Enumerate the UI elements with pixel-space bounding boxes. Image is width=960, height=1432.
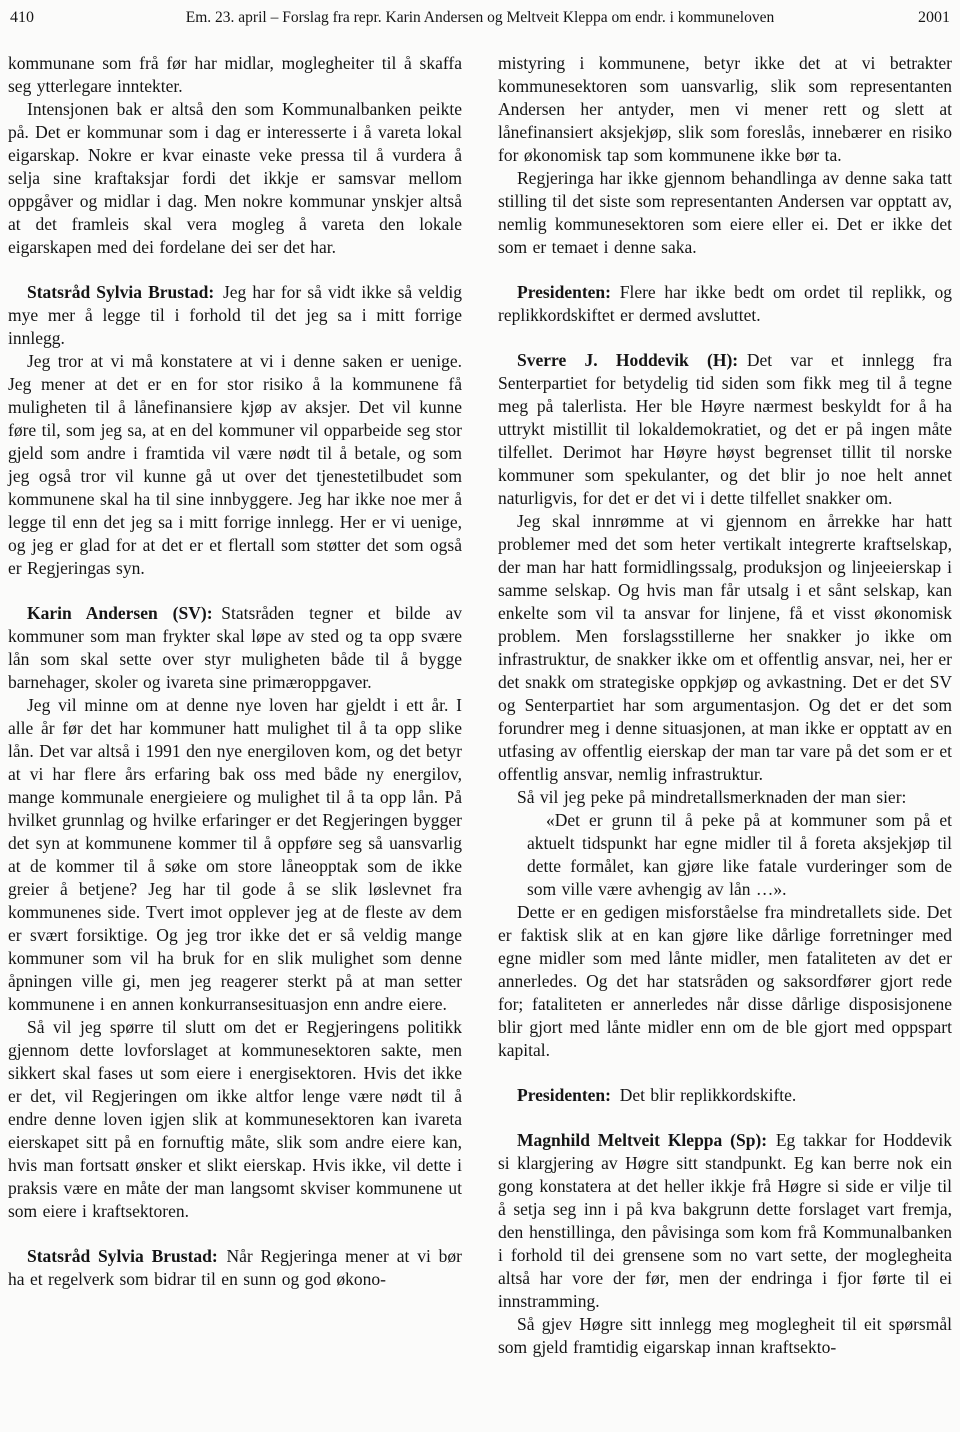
paragraph: Så gjev Høgre sitt innlegg meg mogleghei…	[498, 1313, 952, 1359]
page-header: 410 Em. 23. april – Forslag fra repr. Ka…	[8, 6, 952, 28]
paragraph-text: «Det er grunn til å peke på at kommuner …	[527, 810, 952, 899]
paragraph: Regjeringa har ikke gjennom behandlinga …	[498, 167, 952, 259]
paragraph: Intensjonen bak er altså den som Kommuna…	[8, 98, 462, 259]
speech-paragraph: Presidenten:Det blir replikkordskifte.	[498, 1084, 952, 1107]
speech-paragraph: Karin Andersen (SV):Statsråden tegner et…	[8, 602, 462, 694]
paragraph-text: Det blir replikkordskifte.	[620, 1085, 797, 1105]
speech-paragraph: Sverre J. Hoddevik (H):Det var et innleg…	[498, 349, 952, 510]
paragraph-text: Det var et innlegg fra Senterpartiet for…	[498, 350, 952, 508]
right-column: mistyring i kommunene, betyr ikke det at…	[498, 52, 952, 1359]
paragraph-text: Så vil jeg spørre til slutt om det er Re…	[8, 1017, 462, 1221]
paragraph: Jeg vil minne om at denne nye loven har …	[8, 694, 462, 1016]
speech-paragraph: Presidenten:Flere har ikke bedt om ordet…	[498, 281, 952, 327]
paragraph: Dette er en gedigen misforståelse fra mi…	[498, 901, 952, 1062]
paragraph-text: kommunane som frå før har midlar, mogleg…	[8, 53, 462, 96]
speaker-name: Presidenten:	[517, 1085, 611, 1105]
speaker-name: Magnhild Meltveit Kleppa (Sp):	[517, 1130, 767, 1150]
paragraph-text: Jeg skal innrømme at vi gjennom en årrek…	[498, 511, 952, 784]
speaker-name: Statsråd Sylvia Brustad:	[27, 282, 214, 302]
speaker-name: Presidenten:	[517, 282, 611, 302]
speaker-name: Statsråd Sylvia Brustad:	[27, 1246, 218, 1266]
paragraph: Jeg skal innrømme at vi gjennom en årrek…	[498, 510, 952, 786]
paragraph: Så vil jeg peke på mindretallsmerknaden …	[498, 786, 952, 809]
paragraph-text: Så vil jeg peke på mindretallsmerknaden …	[517, 787, 906, 807]
quote-block: «Det er grunn til å peke på at kommuner …	[527, 809, 952, 901]
paragraph-text: Eg takkar for Hoddevik si klargjering av…	[498, 1130, 952, 1311]
running-title: Em. 23. april – Forslag fra repr. Karin …	[120, 8, 840, 28]
paragraph-text: Dette er en gedigen misforståelse fra mi…	[498, 902, 952, 1060]
paragraph-text: Regjeringa har ikke gjennom behandlinga …	[498, 168, 952, 257]
header-year: 2001	[840, 8, 950, 28]
proceedings-page: 410 Em. 23. april – Forslag fra repr. Ka…	[0, 0, 960, 1432]
speaker-name: Karin Andersen (SV):	[27, 603, 213, 623]
paragraph-text: Så gjev Høgre sitt innlegg meg mogleghei…	[498, 1314, 952, 1357]
page-number: 410	[10, 8, 120, 28]
speech-paragraph: Statsråd Sylvia Brustad:Jeg har for så v…	[8, 281, 462, 350]
paragraph: Så vil jeg spørre til slutt om det er Re…	[8, 1016, 462, 1223]
paragraph-text: Intensjonen bak er altså den som Kommuna…	[8, 99, 462, 257]
paragraph: kommunane som frå før har midlar, mogleg…	[8, 52, 462, 98]
text-columns: kommunane som frå før har midlar, mogleg…	[8, 52, 952, 1359]
speech-paragraph: Magnhild Meltveit Kleppa (Sp):Eg takkar …	[498, 1129, 952, 1313]
paragraph: mistyring i kommunene, betyr ikke det at…	[498, 52, 952, 167]
paragraph-text: Jeg vil minne om at denne nye loven har …	[8, 695, 462, 1014]
speaker-name: Sverre J. Hoddevik (H):	[517, 350, 738, 370]
left-column: kommunane som frå før har midlar, mogleg…	[8, 52, 462, 1359]
speech-paragraph: Statsråd Sylvia Brustad:Når Regjeringa m…	[8, 1245, 462, 1291]
paragraph: Jeg tror at vi må konstatere at vi i den…	[8, 350, 462, 580]
paragraph-text: mistyring i kommunene, betyr ikke det at…	[498, 53, 952, 165]
paragraph-text: Jeg tror at vi må konstatere at vi i den…	[8, 351, 462, 578]
